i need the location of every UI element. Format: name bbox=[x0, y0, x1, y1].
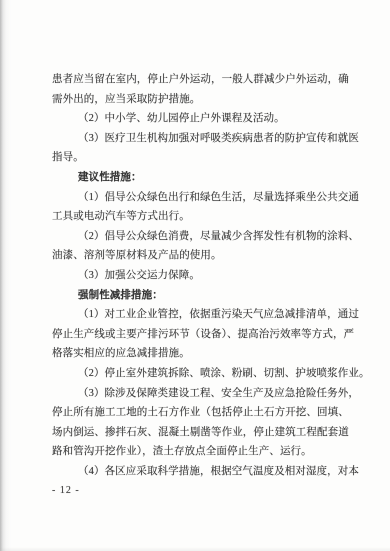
text-line: 场内倒运、掺拌石灰、混凝土剔凿等作业，停止建筑工程配套道 bbox=[52, 423, 350, 443]
list-item-line: （4）各区应采取科学措施，根据空气温度及相对湿度，对本 bbox=[52, 462, 350, 482]
document-body: 患者应当留在室内，停止户外运动，一般人群减少户外运动，确 需外出的，应当采取防护… bbox=[52, 70, 350, 481]
list-item-line: （3）医疗卫生机构加强对呼吸类疾病患者的防护宣传和就医 bbox=[52, 129, 350, 149]
scan-edge-shadow-left bbox=[0, 0, 11, 551]
text-line: 工具或电动汽车等方式出行。 bbox=[52, 207, 350, 227]
text-line: 停止所有施工工地的土石方作业（包括停止土石方开挖、回填、 bbox=[52, 403, 350, 423]
scan-edge-shadow-bottom bbox=[0, 547, 390, 551]
text-line: 油漆、溶剂等原材料及产品的使用。 bbox=[52, 246, 350, 266]
list-item-line: （2）倡导公众绿色消费，尽量减少含挥发性有机物的涂料、 bbox=[52, 227, 350, 247]
scanned-document-page: 患者应当留在室内，停止户外运动，一般人群减少户外运动，确 需外出的，应当采取防护… bbox=[0, 0, 390, 551]
page-number: - 12 - bbox=[52, 484, 80, 498]
text-line: 停止生产线或主要产排污环节（设备）、提高治污效率等方式，严 bbox=[52, 325, 350, 345]
list-item-line: （2）中小学、幼儿园停止户外课程及活动。 bbox=[52, 109, 350, 129]
text-line: 患者应当留在室内，停止户外运动，一般人群减少户外运动，确 bbox=[52, 70, 350, 90]
list-item-line: （1）对工业企业管控，依据重污染天气应急减排清单，通过 bbox=[52, 305, 350, 325]
section-heading: 强制性减排措施： bbox=[52, 286, 350, 306]
list-item-line: （1）倡导公众绿色出行和绿色生活，尽量选择乘坐公共交通 bbox=[52, 188, 350, 208]
text-line: 路和管沟开挖作业），渣土存放点全面停止生产、运行。 bbox=[52, 442, 350, 462]
section-heading: 建议性措施： bbox=[52, 168, 350, 188]
text-line: 需外出的，应当采取防护措施。 bbox=[52, 90, 350, 110]
list-item-line: （3）加强公交运力保障。 bbox=[52, 266, 350, 286]
list-item-line: （3）除涉及保障类建设工程、安全生产及应急抢险任务外， bbox=[52, 384, 350, 404]
list-item-line: （2）停止室外建筑拆除、喷涂、粉刷、切割、护坡喷浆作业。 bbox=[52, 364, 350, 384]
text-line: 格落实相应的应急减排措施。 bbox=[52, 344, 350, 364]
text-line: 指导。 bbox=[52, 148, 350, 168]
